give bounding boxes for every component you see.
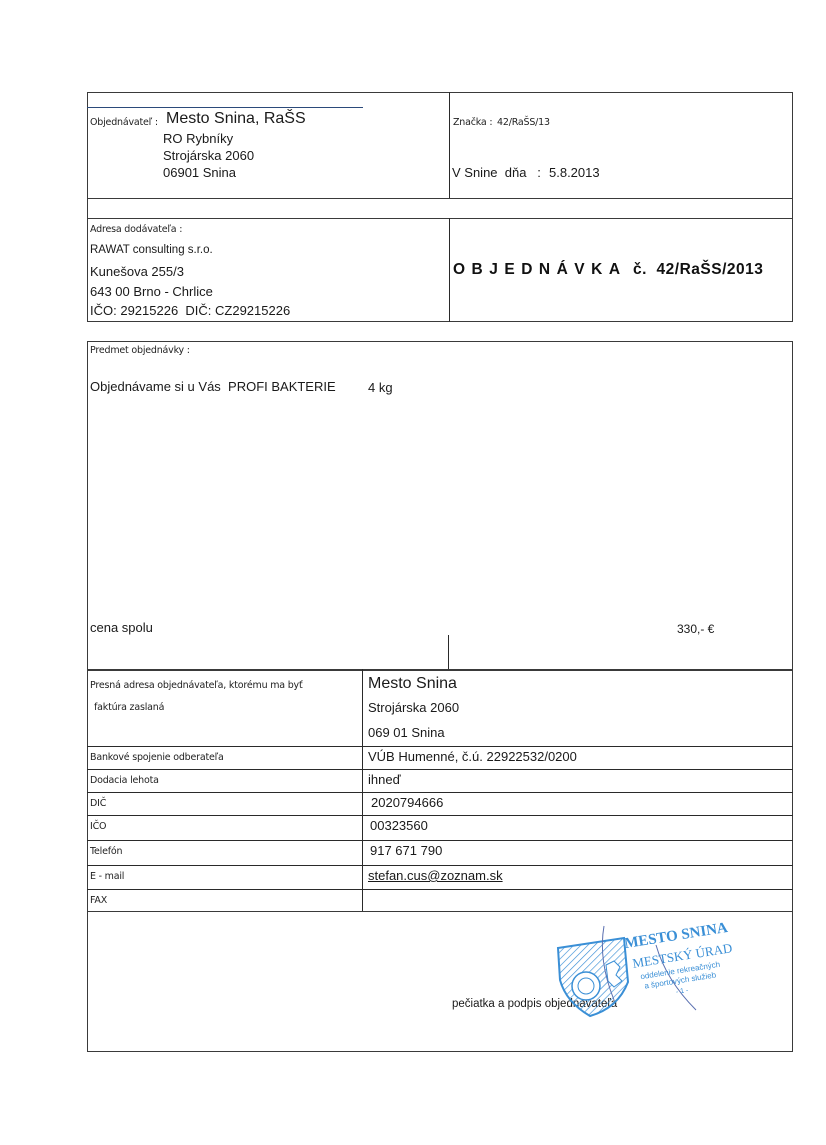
row-value: 00323560	[370, 818, 428, 833]
row-label: Dodacia lehota	[90, 775, 159, 786]
spacer-row	[87, 198, 793, 219]
table-row: DIČ 2020794666	[87, 792, 793, 815]
supplier-city: 643 00 Brno - Chrlice	[90, 284, 213, 299]
email-link[interactable]: stefan.cus@zoznam.sk	[368, 868, 503, 883]
row-label: Telefón	[90, 846, 122, 857]
date-label: V Snine dňa :	[452, 165, 541, 180]
invoice-address-label: Presná adresa objednávateľa, ktorému ma …	[90, 680, 302, 691]
supplier-name: RAWAT consulting s.r.o.	[90, 244, 213, 256]
divider	[448, 635, 449, 670]
subject-text: Objednávame si u Vás PROFI BAKTERIE	[90, 379, 336, 394]
table-row: IČO 00323560	[87, 815, 793, 838]
total-label: cena spolu	[90, 620, 153, 635]
row-value: ihneď	[368, 772, 401, 787]
subject-quantity: 4 kg	[368, 380, 393, 395]
invoice-address-line: 069 01 Snina	[368, 725, 445, 740]
order-title: OBJEDNÁVKA	[453, 261, 627, 279]
total-value: 330,- €	[677, 622, 714, 636]
invoice-address-label: faktúra zaslaná	[94, 702, 164, 713]
supplier-label: Adresa dodávateľa :	[90, 224, 182, 235]
row-label: E - mail	[90, 871, 124, 882]
orderer-line: Strojárska 2060	[163, 148, 254, 163]
row-value: 2020794666	[371, 795, 443, 810]
orderer-line: 06901 Snina	[163, 165, 236, 180]
date-value: 5.8.2013	[549, 165, 600, 180]
row-label: Bankové spojenie odberateľa	[90, 752, 224, 763]
table-row: Dodacia lehota ihneď	[87, 769, 793, 792]
row-label: FAX	[90, 895, 107, 906]
invoice-address-line: Strojárska 2060	[368, 700, 459, 715]
orderer-label: Objednávateľ :	[90, 117, 158, 128]
order-number: č. 42/RaŠS/2013	[633, 261, 763, 279]
table-row: E - mail stefan.cus@zoznam.sk	[87, 865, 793, 888]
divider	[449, 218, 450, 322]
divider	[449, 92, 450, 199]
row-label: IČO	[90, 821, 106, 832]
table-row: Telefón 917 671 790	[87, 840, 793, 863]
orderer-line: RO Rybníky	[163, 131, 233, 146]
table-row: FAX	[87, 889, 793, 912]
table-row: Bankové spojenie odberateľa VÚB Humenné,…	[87, 746, 793, 769]
orderer-name: Mesto Snina, RaŠS	[166, 110, 306, 128]
reference-label: Značka :	[453, 117, 492, 128]
supplier-ids: IČO: 29215226 DIČ: CZ29215226	[90, 303, 290, 318]
orderer-underline	[87, 107, 363, 108]
invoice-address-line: Mesto Snina	[368, 675, 457, 693]
row-label: DIČ	[90, 798, 106, 809]
official-stamp: MESTO SNINA MESTSKÝ ÚRAD oddelenie rekre…	[556, 920, 771, 1020]
subject-label: Predmet objednávky :	[90, 345, 190, 356]
row-value: VÚB Humenné, č.ú. 22922532/0200	[368, 749, 577, 764]
row-value: 917 671 790	[370, 843, 442, 858]
supplier-street: Kunešova 255/3	[90, 264, 184, 279]
reference-value: 42/RaŠS/13	[497, 117, 550, 128]
